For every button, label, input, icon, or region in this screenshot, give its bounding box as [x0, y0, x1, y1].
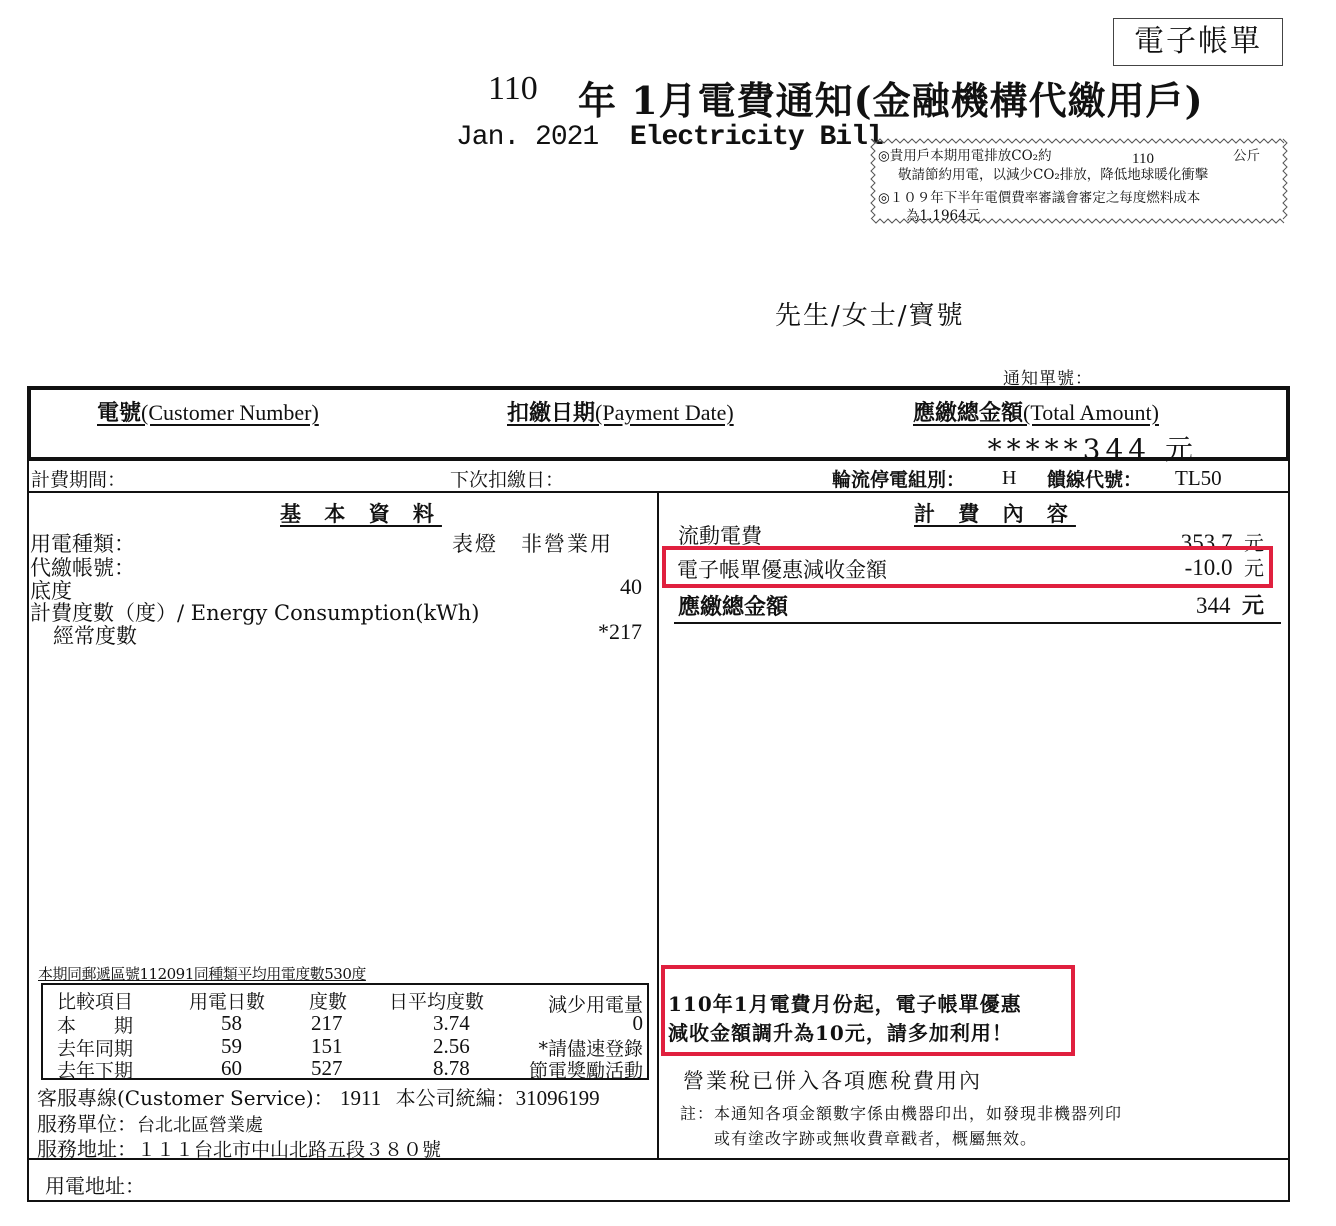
salutation: 先生/女士/寶號 [775, 295, 965, 332]
title-year: 110 [488, 70, 538, 108]
fuel-cost-line: ◎１０９年下半年電價費率審議會審定之每度燃料成本 [878, 189, 1200, 208]
ebill-discount-label: 電子帳單優惠減收金額 [677, 554, 887, 584]
area-average-note: 本期同郵遞區號112091同種類平均用電度數530度 [38, 963, 366, 984]
english-title: Jan. 2021 Electricity Bill [456, 122, 883, 153]
table-row-kwh: 527 [311, 1056, 343, 1081]
co2-unit: 公斤 [1233, 147, 1260, 166]
next-debit-date-label: 下次扣繳日： [450, 465, 564, 492]
base-reading-value: 40 [620, 574, 642, 600]
col-header-daily-avg: 日平均度數 [389, 987, 484, 1014]
customer-service-number: 1911 [340, 1086, 381, 1110]
customer-number-heading: 電號(Customer Number) [97, 396, 319, 427]
table-row-daily-avg: 3.74 [433, 1011, 470, 1036]
table-row-kwh: 217 [311, 1011, 343, 1036]
charges-rule [674, 622, 1281, 624]
billing-period-label: 計費期間： [31, 465, 126, 492]
customer-service-line: 客服專線(Customer Service)： 1911 本公司統編：31096… [37, 1082, 600, 1111]
feeder-code-value: TL50 [1175, 466, 1222, 491]
total-due-amount: 344 元 [1196, 589, 1264, 620]
col-header-item: 比較項目 [57, 987, 133, 1014]
usage-address-label: 用電地址： [45, 1170, 145, 1199]
total-due-label: 應繳總金額 [678, 590, 788, 621]
column-divider [657, 493, 659, 1160]
payment-date-heading: 扣繳日期(Payment Date) [507, 396, 734, 427]
table-row-item: 去年下期 [57, 1056, 133, 1083]
charges-title: 計 費 內 容 [914, 498, 1076, 528]
regular-kwh-value: *217 [598, 619, 642, 645]
usage-comparison-table: 比較項目 用電日數 度數 日平均度數 減少用電量 本 期 58 217 3.74… [41, 983, 649, 1080]
promo-notice: 110年1月電費月份起，電子帳單優惠 減收金額調升為10元，請多加利用！ [668, 990, 1022, 1048]
outage-group-value: H [1002, 467, 1016, 490]
table-row-days: 58 [221, 1011, 242, 1036]
col-header-reduction: 減少用電量 [548, 990, 643, 1017]
ebill-discount-amount: -10.0 元 [1185, 552, 1264, 581]
tax-note: 營業稅已併入各項應稅費用內 [683, 1065, 982, 1095]
total-amount-heading: 應繳總金額(Total Amount) [913, 396, 1159, 427]
outage-group-label: 輪流停電組別： [832, 465, 965, 492]
table-row-reduction: 節電獎勵活動 [529, 1056, 643, 1083]
fuel-cost-value: 為1.1964元 [906, 207, 980, 226]
service-address-value: １１１台北市中山北路五段３８０號 [137, 1139, 441, 1161]
disclaimer: 註：本通知各項金額數字係由機器印出，如發現非機器列印 或有塗改字跡或無收費章戳者… [680, 1101, 1122, 1151]
page-title: 年 1月電費通知(金融機構代繳用戶) [578, 70, 1204, 125]
feeder-code-label: 饋線代號： [1047, 465, 1142, 492]
english-title-text: Electricity Bill [630, 122, 883, 153]
summary-header-box: 電號(Customer Number) 扣繳日期(Payment Date) 應… [27, 386, 1290, 461]
e-bill-badge: 電子帳單 [1113, 18, 1283, 66]
regular-kwh-label: 經常度數 [53, 620, 137, 650]
english-date: Jan. 2021 [456, 122, 598, 153]
col-header-kwh: 度數 [309, 987, 347, 1014]
table-row-days: 60 [221, 1056, 242, 1081]
co2-notice-box: ◎貴用戶本期用電排放CO₂約 110 公斤 敬請節約用電，以減少CO₂排放，降低… [868, 135, 1290, 225]
co2-line2: 敬請節約用電，以減少CO₂排放，降低地球暖化衝擊 [898, 166, 1208, 185]
table-row-reduction: 0 [633, 1011, 644, 1036]
table-row-daily-avg: 8.78 [433, 1056, 470, 1081]
co2-line1-prefix: ◎貴用戶本期用電排放CO₂約 [878, 147, 1052, 166]
usage-type-value: 表燈 非營業用 [452, 528, 613, 558]
billing-period-row: 計費期間： 下次扣繳日： 輪流停電組別： H 饋線代號： TL50 [27, 461, 1290, 493]
basic-info-title: 基 本 資 料 [280, 498, 442, 528]
company-tax-id: 31096199 [516, 1086, 600, 1110]
service-address-line: 服務地址：１１１台北市中山北路五段３８０號 [37, 1133, 441, 1162]
col-header-days: 用電日數 [189, 987, 265, 1014]
